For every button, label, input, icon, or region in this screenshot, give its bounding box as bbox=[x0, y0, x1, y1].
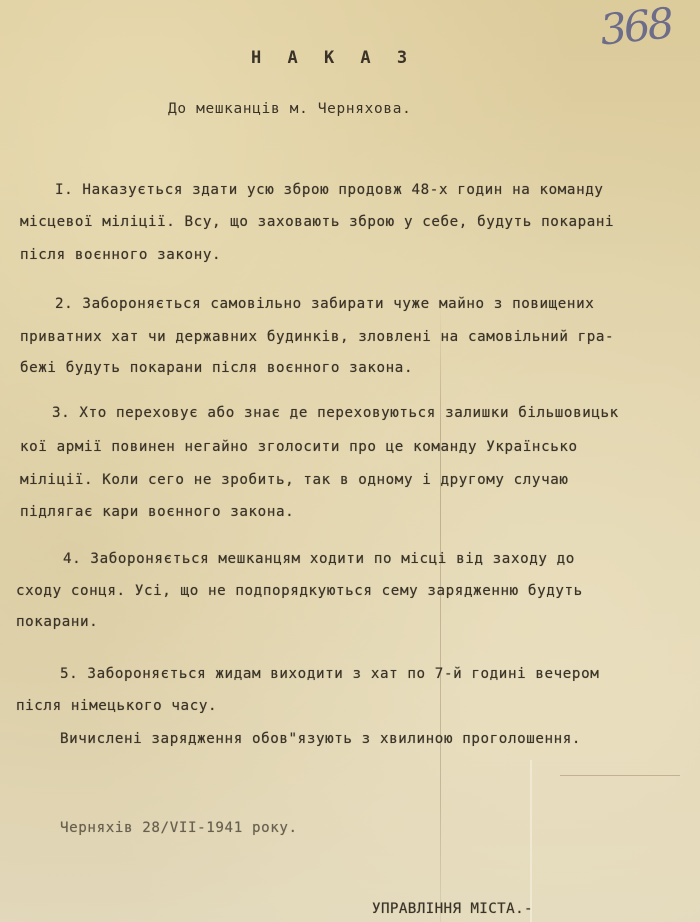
paragraph-1-line-1: І. Наказується здати усю зброю продовж 4… bbox=[55, 182, 604, 198]
paragraph-3-line-1: 3. Хто переховує або знає де переховують… bbox=[52, 405, 619, 421]
paragraph-3-line-2: кої армії повинен негайно зголосити про … bbox=[20, 439, 578, 455]
place-and-date: Черняхів 28/VII-1941 року. bbox=[60, 820, 298, 836]
paper-fold-line bbox=[440, 300, 441, 922]
paragraph-2-line-1: 2. Забороняється самовільно забирати чуж… bbox=[55, 296, 594, 312]
paper-fold-line bbox=[560, 775, 680, 776]
paper-fold-line bbox=[530, 760, 532, 922]
paragraph-4-line-2: сходу сонця. Усі, що не подпорядкуються … bbox=[16, 583, 583, 599]
paragraph-5-line-1: 5. Забороняється жидам виходити з хат по… bbox=[60, 666, 599, 682]
paragraph-1-line-3: після воєнного закону. bbox=[20, 247, 221, 263]
signature-city-administration: УПРАВЛІННЯ МІСТА.- bbox=[372, 901, 533, 917]
archive-number-handwritten: 368 bbox=[598, 0, 674, 55]
paragraph-2-line-3: бежі будуть покарани після воєнного зако… bbox=[20, 360, 413, 376]
paragraph-2-line-2: приватних хат чи державних будинків, зло… bbox=[20, 329, 614, 345]
paragraph-3-line-4: підлягає кари воєнного закона. bbox=[20, 504, 294, 520]
paragraph-4-line-3: покарани. bbox=[16, 614, 98, 630]
closing-statement: Вичислені зарядження обов"язують з хвили… bbox=[60, 731, 581, 747]
document-addressee: До мешканців м. Черняхова. bbox=[168, 101, 411, 117]
scanned-document-page: 368 Н А К А З До мешканців м. Черняхова.… bbox=[0, 0, 700, 922]
paragraph-4-line-1: 4. Забороняється мешканцям ходити по міс… bbox=[63, 551, 575, 567]
document-title: Н А К А З bbox=[251, 48, 409, 68]
paragraph-1-line-2: місцевої міліції. Всу, що заховають збро… bbox=[20, 214, 614, 230]
paragraph-3-line-3: міліції. Коли сего не зробить, так в одн… bbox=[20, 472, 569, 488]
paragraph-5-line-2: після німецького часу. bbox=[16, 698, 217, 714]
